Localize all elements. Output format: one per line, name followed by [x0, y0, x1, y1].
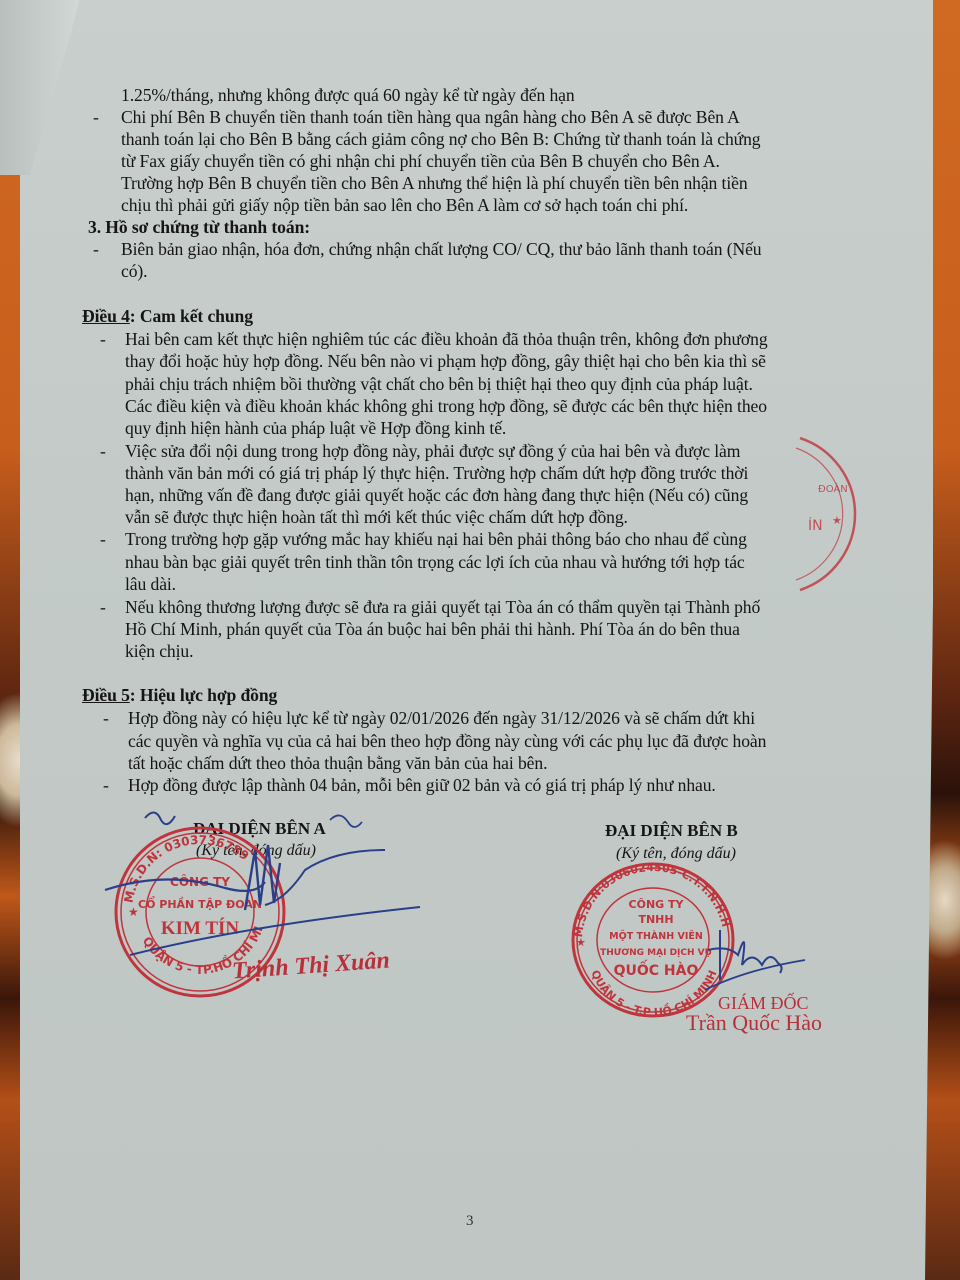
text-line: phải chịu trách nhiệm bồi thường vật chấ… — [125, 373, 753, 395]
bullet-dash: - — [103, 774, 109, 796]
text-line: Hợp đồng được lập thành 04 bản, mỗi bên … — [128, 774, 716, 796]
article-heading: Điều 5: Hiệu lực hợp đồng — [82, 684, 277, 706]
svg-text:QUỐC HÀO: QUỐC HÀO — [614, 959, 699, 979]
bullet-dash: - — [93, 106, 99, 128]
svg-text:THƯƠNG MẠI DỊCH VỤ: THƯƠNG MẠI DỊCH VỤ — [600, 948, 712, 958]
text-line: Hai bên cam kết thực hiện nghiêm túc các… — [125, 328, 768, 350]
text-line: Trường hợp Bên B chuyển tiền cho Bên A n… — [121, 172, 748, 194]
text-line: 1.25%/tháng, nhưng không được quá 60 ngà… — [121, 84, 575, 106]
text-line: Các điều kiện và điều khoản khác không g… — [125, 395, 767, 417]
text-line: các quyền và nghĩa vụ của cả hai bên the… — [128, 730, 766, 752]
text-line: thanh toán lại cho Bên B bằng cách giảm … — [121, 128, 760, 150]
text-line: Chi phí Bên B chuyển tiền thanh toán tiề… — [121, 106, 740, 128]
text-line: vẫn sẽ được thực hiện hoàn tất thì mới k… — [125, 506, 628, 528]
partial-seal-stamp: ĐOÀN ★ ÍN — [790, 430, 870, 600]
text-line: kiện chịu. — [125, 640, 193, 662]
page-number: 3 — [466, 1210, 474, 1232]
svg-text:TNHH: TNHH — [638, 913, 673, 926]
article-label: Điều 5 — [82, 685, 130, 705]
bullet-dash: - — [103, 707, 109, 729]
text-line: Biên bản giao nhận, hóa đơn, chứng nhận … — [121, 238, 761, 260]
bullet-dash: - — [100, 528, 106, 550]
star-icon: ★ — [832, 515, 842, 527]
text-line: nhau bàn bạc giải quyết trên tinh thần t… — [125, 551, 745, 573]
bullet-dash: - — [100, 328, 106, 350]
text-line: từ Fax giấy chuyển tiền có ghi nhận chi … — [121, 150, 720, 172]
text-line: Trong trường hợp gặp vướng mắc hay khiếu… — [125, 528, 747, 550]
text-line: chịu thì phải gửi giấy nộp tiền bản sao … — [121, 194, 688, 216]
article-label: Điều 4 — [82, 306, 130, 326]
text-line: tất hoặc chấm dứt theo thỏa thuận bằng v… — [128, 752, 547, 774]
text-line: Việc sửa đổi nội dung trong hợp đồng này… — [125, 440, 740, 462]
text-line: Hợp đồng này có hiệu lực kể từ ngày 02/0… — [128, 707, 755, 729]
text-line: hạn, những vấn đề đang được giải quyết h… — [125, 484, 748, 506]
text-line: thay đổi hoặc hủy hợp đồng. Nếu bên nào … — [125, 350, 766, 372]
article-title: : Hiệu lực hợp đồng — [130, 685, 277, 705]
text-line: quy định hiện hành của pháp luật về Hợp … — [125, 417, 506, 439]
document-page: 1.25%/tháng, nhưng không được quá 60 ngà… — [0, 0, 960, 1280]
svg-text:CÔNG TY: CÔNG TY — [629, 898, 685, 911]
bullet-dash: - — [100, 596, 106, 618]
article-title: : Cam kết chung — [130, 306, 253, 326]
svg-text:MỘT THÀNH VIÊN: MỘT THÀNH VIÊN — [609, 930, 703, 942]
text-line: lâu dài. — [125, 573, 176, 595]
party-b-handwritten-signature — [700, 920, 820, 1000]
section-heading: 3. Hồ sơ chứng từ thanh toán: — [88, 216, 310, 238]
party-a-handwritten-signature — [100, 800, 460, 980]
svg-text:ĐOÀN: ĐOÀN — [818, 482, 848, 495]
bullet-dash: - — [100, 440, 106, 462]
text-line: thành văn bản mới có giá trị pháp lý thự… — [125, 462, 748, 484]
party-b-title: ĐẠI DIỆN BÊN B — [605, 820, 738, 842]
article-heading: Điều 4: Cam kết chung — [82, 305, 253, 327]
text-line: Hồ Chí Minh, phán quyết của Tòa án buộc … — [125, 618, 740, 640]
bullet-dash: - — [93, 238, 99, 260]
party-b-signer-name: Trần Quốc Hào — [686, 1012, 822, 1034]
text-line: có). — [121, 260, 147, 282]
svg-text:ÍN: ÍN — [808, 517, 823, 534]
text-line: Nếu không thương lượng được sẽ đưa ra gi… — [125, 596, 760, 618]
star-icon: ★ — [576, 936, 586, 949]
